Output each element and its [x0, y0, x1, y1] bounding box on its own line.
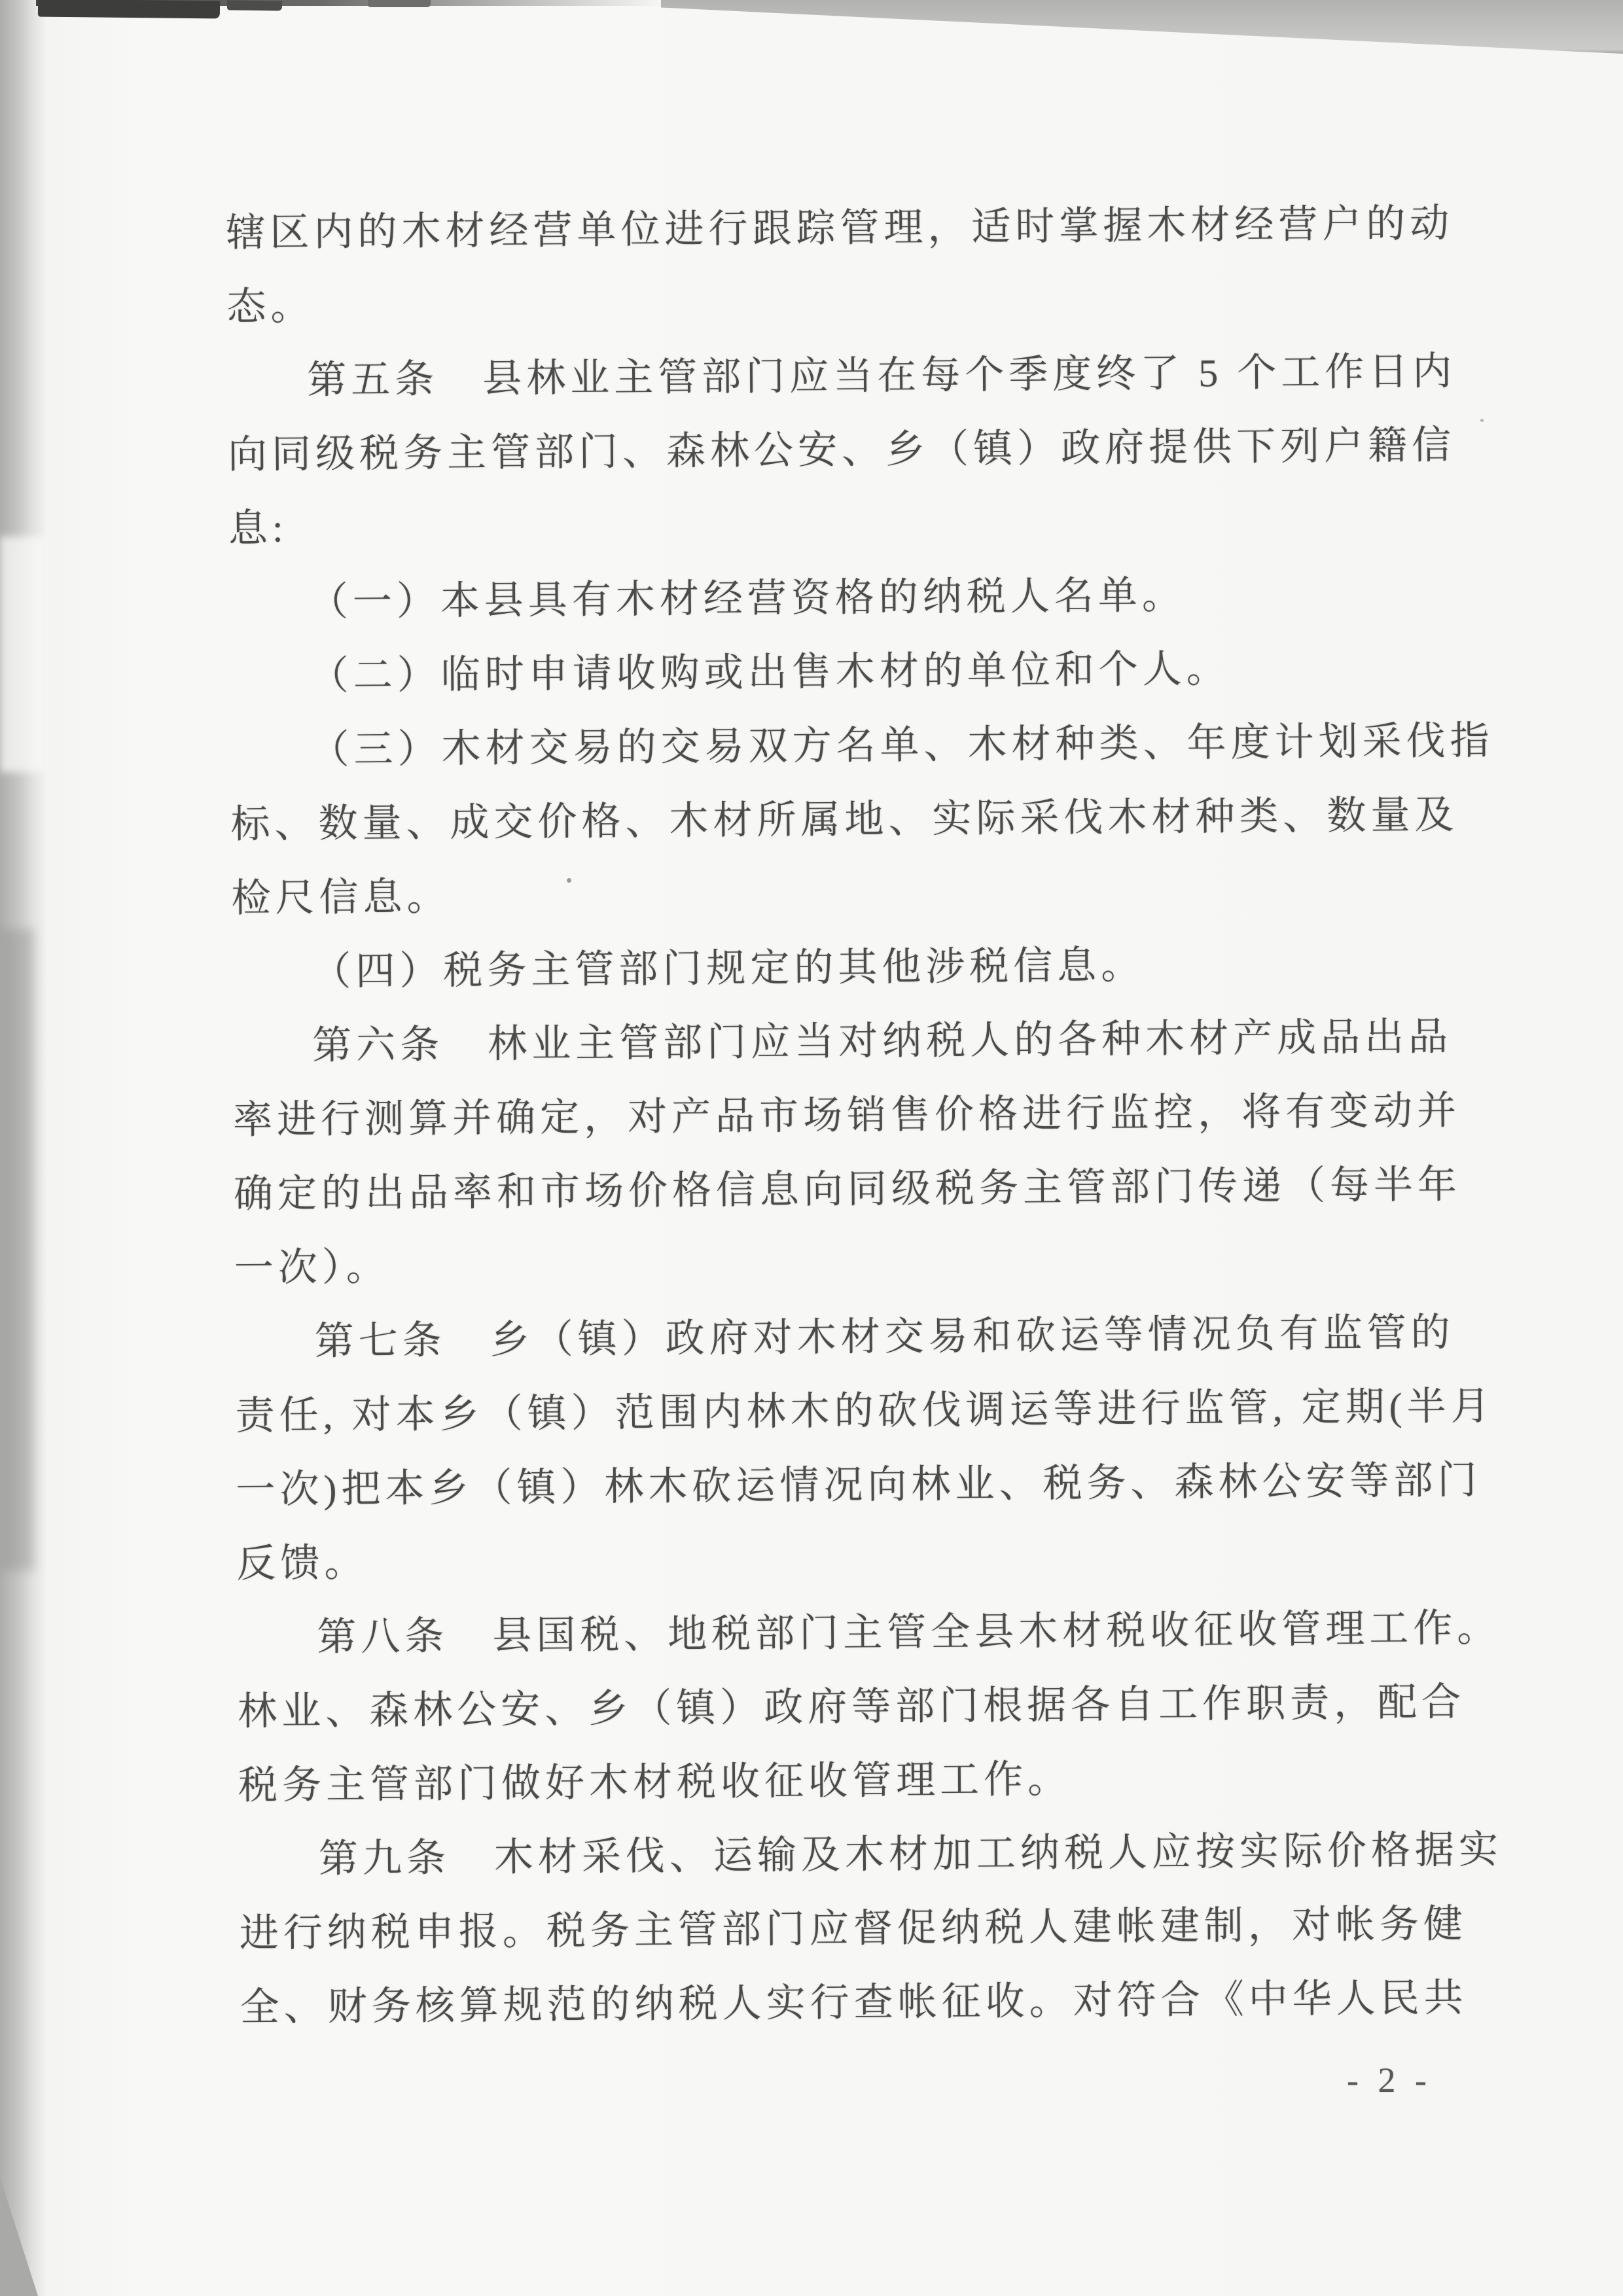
text-line: 向同级税务主管部门、森林公安、乡（镇）政府提供下列户籍信 [228, 408, 1537, 492]
scan-artifact-left-highlight [0, 537, 46, 772]
text-line: 辖区内的木材经营单位进行跟踪管理，适时掌握木材经营户的动 [226, 186, 1535, 270]
text-line: 率进行测算并确定，对产品市场销售价格进行监控，将有变动并 [233, 1073, 1543, 1157]
scan-artifact-top-right-wedge [661, 0, 1623, 54]
scan-artifact-page-edge-shadow [661, 0, 1623, 54]
text-line: 一次）。 [234, 1221, 1543, 1305]
scan-artifact-top-mark-3 [368, 0, 431, 7]
text-line: 息: [228, 482, 1538, 566]
text-line-article-5: 第五条 县林业主管部门应当在每个季度终了 5 个工作日内 [227, 334, 1537, 418]
text-line-item-4: （四）税务主管部门规定的其他涉税信息。 [232, 925, 1541, 1010]
text-line-item-1: （一）本县具有木材经营资格的纳税人名单。 [228, 556, 1538, 640]
text-line-item-3: （三）木材交易的交易双方名单、木材种类、年度计划采伐指 [230, 703, 1539, 788]
text-line: 税务主管部门做好木材税收征收管理工作。 [238, 1739, 1548, 1823]
scanned-document-page: 辖区内的木材经营单位进行跟踪管理，适时掌握木材经营户的动 态。 第五条 县林业主… [0, 0, 1623, 2296]
scan-artifact-top-mark-2 [227, 0, 282, 10]
text-line: 一次)把本乡（镇）林木砍运情况向林业、税务、森林公安等部门 [236, 1443, 1545, 1527]
text-line: 林业、森林公安、乡（镇）政府等部门根据各自工作职责，配合 [238, 1665, 1547, 1749]
text-line-article-9: 第九条 木材采伐、运输及木材加工纳税人应按实际价格据实 [239, 1812, 1548, 1897]
text-line-item-2: （二）临时申请收购或出售木材的单位和个人。 [229, 629, 1539, 714]
text-line: 检尺信息。 [231, 851, 1541, 936]
scan-artifact-left-shadow [0, 929, 34, 1570]
text-line: 反馈。 [236, 1517, 1546, 1601]
scan-artifact-top-edge-line [36, 0, 664, 6]
scan-artifact-top-left-mark [38, 0, 220, 18]
text-line: 全、财务核算规范的纳税人实行查帐征收。对符合《中华人民共 [240, 1960, 1549, 2045]
text-line-article-6: 第六条 林业主管部门应当对纳税人的各种木材产成品出品 [232, 999, 1542, 1084]
page-number: - 2 - [1347, 2060, 1432, 2100]
document-text-block: 辖区内的木材经营单位进行跟踪管理，适时掌握木材经营户的动 态。 第五条 县林业主… [226, 186, 1549, 2045]
scan-artifact-left-edge-band [0, 0, 47, 2296]
text-line: 态。 [226, 260, 1536, 344]
text-line: 进行纳税申报。税务主管部门应督促纳税人建帐建制，对帐务健 [239, 1886, 1548, 1971]
text-line: 责任, 对本乡（镇）范围内林木的砍伐调运等进行监管, 定期(半月 [235, 1369, 1544, 1453]
scan-artifact-bottom-left-corner [0, 2178, 38, 2296]
text-line-article-7: 第七条 乡（镇）政府对木材交易和砍运等情况负有监管的 [234, 1295, 1544, 1379]
text-line: 标、数量、成交价格、木材所属地、实际采伐木材种类、数量及 [230, 777, 1540, 862]
text-line-article-8: 第八条 县国税、地税部门主管全县木材税收征收管理工作。 [237, 1591, 1546, 1675]
text-line: 确定的出品率和市场价格信息向同级税务主管部门传递（每半年 [234, 1147, 1543, 1231]
